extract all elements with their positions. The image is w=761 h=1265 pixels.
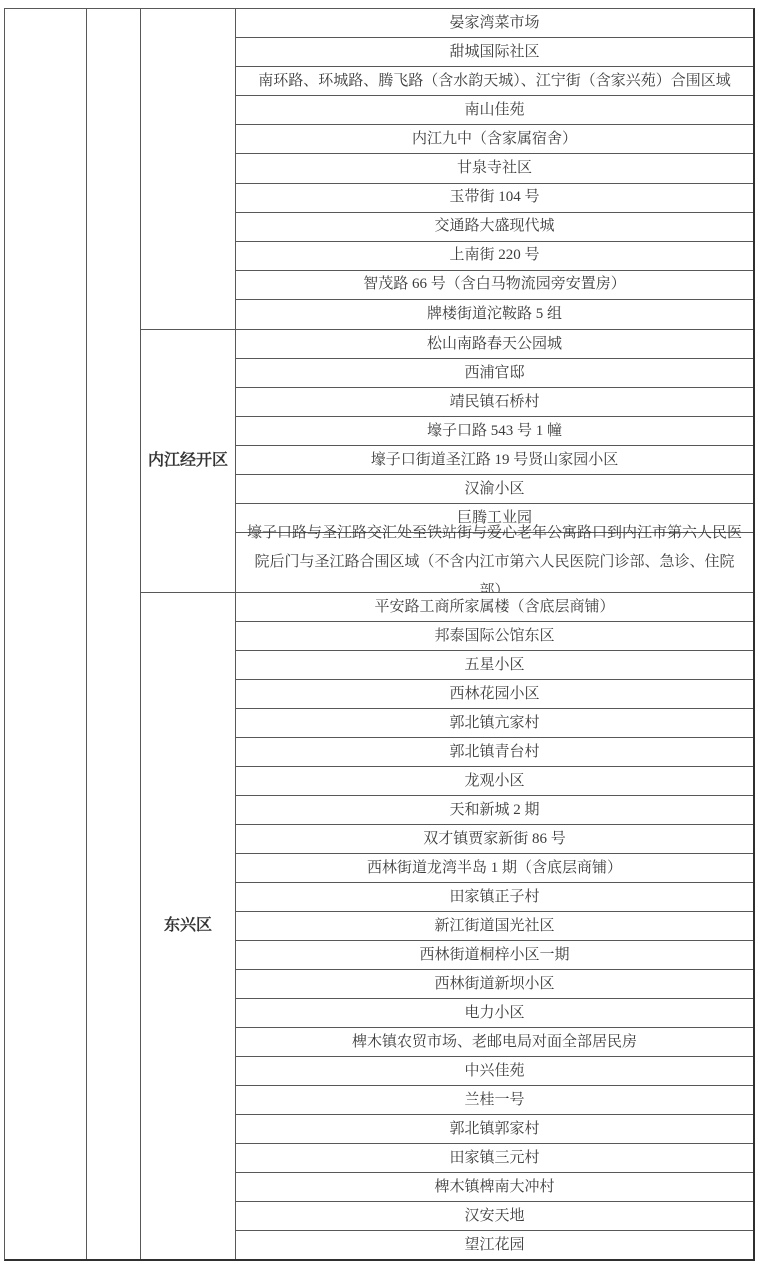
merged-empty-column-1	[5, 9, 87, 1259]
location-cell: 内江九中（含家属宿舍）	[236, 125, 753, 154]
location-cell: 郭北镇亢家村	[236, 709, 753, 738]
district-cell: 内江经开区	[141, 330, 236, 592]
location-cell: 龙观小区	[236, 767, 753, 796]
location-cell: 汉安天地	[236, 1202, 753, 1231]
location-cell: 汉渝小区	[236, 475, 753, 504]
location-cell: 兰桂一号	[236, 1086, 753, 1115]
location-cell: 甜城国际社区	[236, 38, 753, 67]
location-rows: 晏家湾菜市场甜城国际社区南环路、环城路、腾飞路（含水韵天城）、江宁街（含家兴苑）…	[236, 9, 753, 329]
risk-area-table: 晏家湾菜市场甜城国际社区南环路、环城路、腾飞路（含水韵天城）、江宁街（含家兴苑）…	[4, 8, 755, 1261]
district-section: 晏家湾菜市场甜城国际社区南环路、环城路、腾飞路（含水韵天城）、江宁街（含家兴苑）…	[141, 9, 753, 330]
location-cell: 松山南路春天公园城	[236, 330, 753, 359]
location-cell: 牌楼街道沱鞍路 5 组	[236, 300, 753, 329]
location-cell: 南环路、环城路、腾飞路（含水韵天城）、江宁街（含家兴苑）合围区域	[236, 67, 753, 96]
location-rows: 松山南路春天公园城西浦官邸靖民镇石桥村壕子口路 543 号 1 幢壕子口街道圣江…	[236, 330, 753, 592]
district-cell	[141, 9, 236, 329]
location-cell: 电力小区	[236, 999, 753, 1028]
location-cell: 晏家湾菜市场	[236, 9, 753, 38]
location-rows: 平安路工商所家属楼（含底层商铺）邦泰国际公馆东区五星小区西林花园小区郭北镇亢家村…	[236, 593, 753, 1259]
location-cell: 交通路大盛现代城	[236, 213, 753, 242]
document-page: 晏家湾菜市场甜城国际社区南环路、环城路、腾飞路（含水韵天城）、江宁街（含家兴苑）…	[0, 0, 761, 1265]
location-cell: 双才镇贾家新街 86 号	[236, 825, 753, 854]
merged-empty-column-2	[87, 9, 141, 1259]
district-cell: 东兴区	[141, 593, 236, 1259]
location-cell: 壕子口街道圣江路 19 号贤山家园小区	[236, 446, 753, 475]
table-body: 晏家湾菜市场甜城国际社区南环路、环城路、腾飞路（含水韵天城）、江宁街（含家兴苑）…	[141, 9, 753, 1259]
location-cell: 壕子口路 543 号 1 幢	[236, 417, 753, 446]
location-cell: 邦泰国际公馆东区	[236, 622, 753, 651]
location-cell: 西林街道桐梓小区一期	[236, 941, 753, 970]
location-cell: 玉带街 104 号	[236, 184, 753, 213]
location-cell: 田家镇三元村	[236, 1144, 753, 1173]
district-section: 东兴区平安路工商所家属楼（含底层商铺）邦泰国际公馆东区五星小区西林花园小区郭北镇…	[141, 593, 753, 1259]
location-cell: 西林街道龙湾半岛 1 期（含底层商铺）	[236, 854, 753, 883]
location-cell: 椑木镇椑南大冲村	[236, 1173, 753, 1202]
location-cell: 甘泉寺社区	[236, 154, 753, 183]
location-cell: 望江花园	[236, 1231, 753, 1259]
location-cell: 新江街道国光社区	[236, 912, 753, 941]
location-cell: 智茂路 66 号（含白马物流园旁安置房）	[236, 271, 753, 300]
location-cell: 椑木镇农贸市场、老邮电局对面全部居民房	[236, 1028, 753, 1057]
location-cell: 西林街道新坝小区	[236, 970, 753, 999]
location-cell: 南山佳苑	[236, 96, 753, 125]
location-cell: 五星小区	[236, 651, 753, 680]
location-cell: 田家镇正子村	[236, 883, 753, 912]
location-cell: 天和新城 2 期	[236, 796, 753, 825]
district-section: 内江经开区松山南路春天公园城西浦官邸靖民镇石桥村壕子口路 543 号 1 幢壕子…	[141, 330, 753, 593]
location-cell: 西林花园小区	[236, 680, 753, 709]
location-cell: 西浦官邸	[236, 359, 753, 388]
location-cell: 平安路工商所家属楼（含底层商铺）	[236, 593, 753, 622]
location-cell: 郭北镇郭家村	[236, 1115, 753, 1144]
location-cell: 上南街 220 号	[236, 242, 753, 271]
location-cell: 壕子口路与圣江路交汇处至铁站街与爱心老年公寓路口到内江市第六人民医院后门与圣江路…	[236, 533, 753, 592]
location-cell: 靖民镇石桥村	[236, 388, 753, 417]
location-cell: 郭北镇青台村	[236, 738, 753, 767]
location-cell: 中兴佳苑	[236, 1057, 753, 1086]
